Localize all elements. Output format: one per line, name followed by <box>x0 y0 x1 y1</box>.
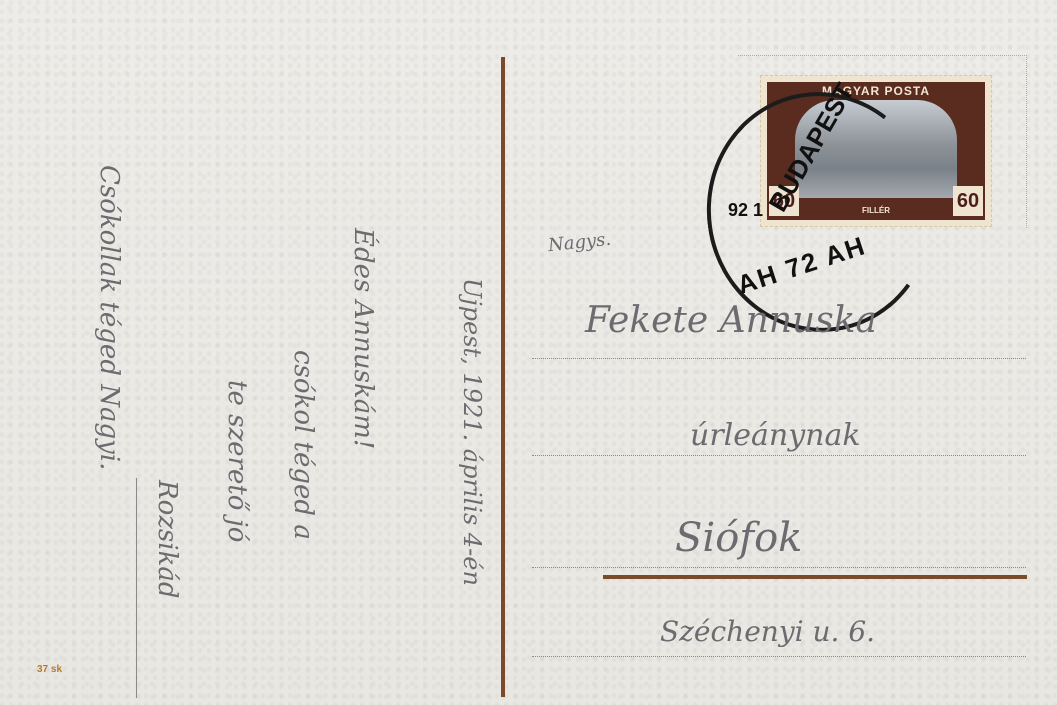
print-number-value: 37 <box>37 664 48 675</box>
city-underline <box>603 575 1027 579</box>
print-mark: sk <box>51 664 62 675</box>
address-line-4 <box>532 656 1026 657</box>
message-line-3: te szerető jó <box>222 380 252 542</box>
message-postscript: Csókollak téged Nagyi. <box>94 165 124 470</box>
address-street: Széchenyi u. 6. <box>660 615 875 648</box>
message-line-1: Édes Annuskám! <box>348 228 378 449</box>
message-dateline: Ujpest, 1921. április 4-én <box>458 278 486 586</box>
signature-underline <box>136 478 137 698</box>
message-line-2: csókol téged a <box>288 350 318 540</box>
postmark-date: 92 1 <box>728 200 763 221</box>
address-name: Fekete Annuska <box>585 300 877 341</box>
address-salutation: Nagys. <box>547 229 612 256</box>
print-number: 37 sk <box>37 664 62 675</box>
address-title: úrleánynak <box>690 418 861 453</box>
address-line-1 <box>532 358 1026 359</box>
address-line-2 <box>532 455 1026 456</box>
message-signature: Rozsikád <box>152 480 182 599</box>
address-city: Siófok <box>675 515 802 561</box>
address-line-3 <box>532 567 1026 568</box>
postcard-back: MAGYAR POSTA 60 60 FILLÉR BUDAPEST 92 1 … <box>0 0 1057 705</box>
center-divider-line <box>501 57 505 697</box>
